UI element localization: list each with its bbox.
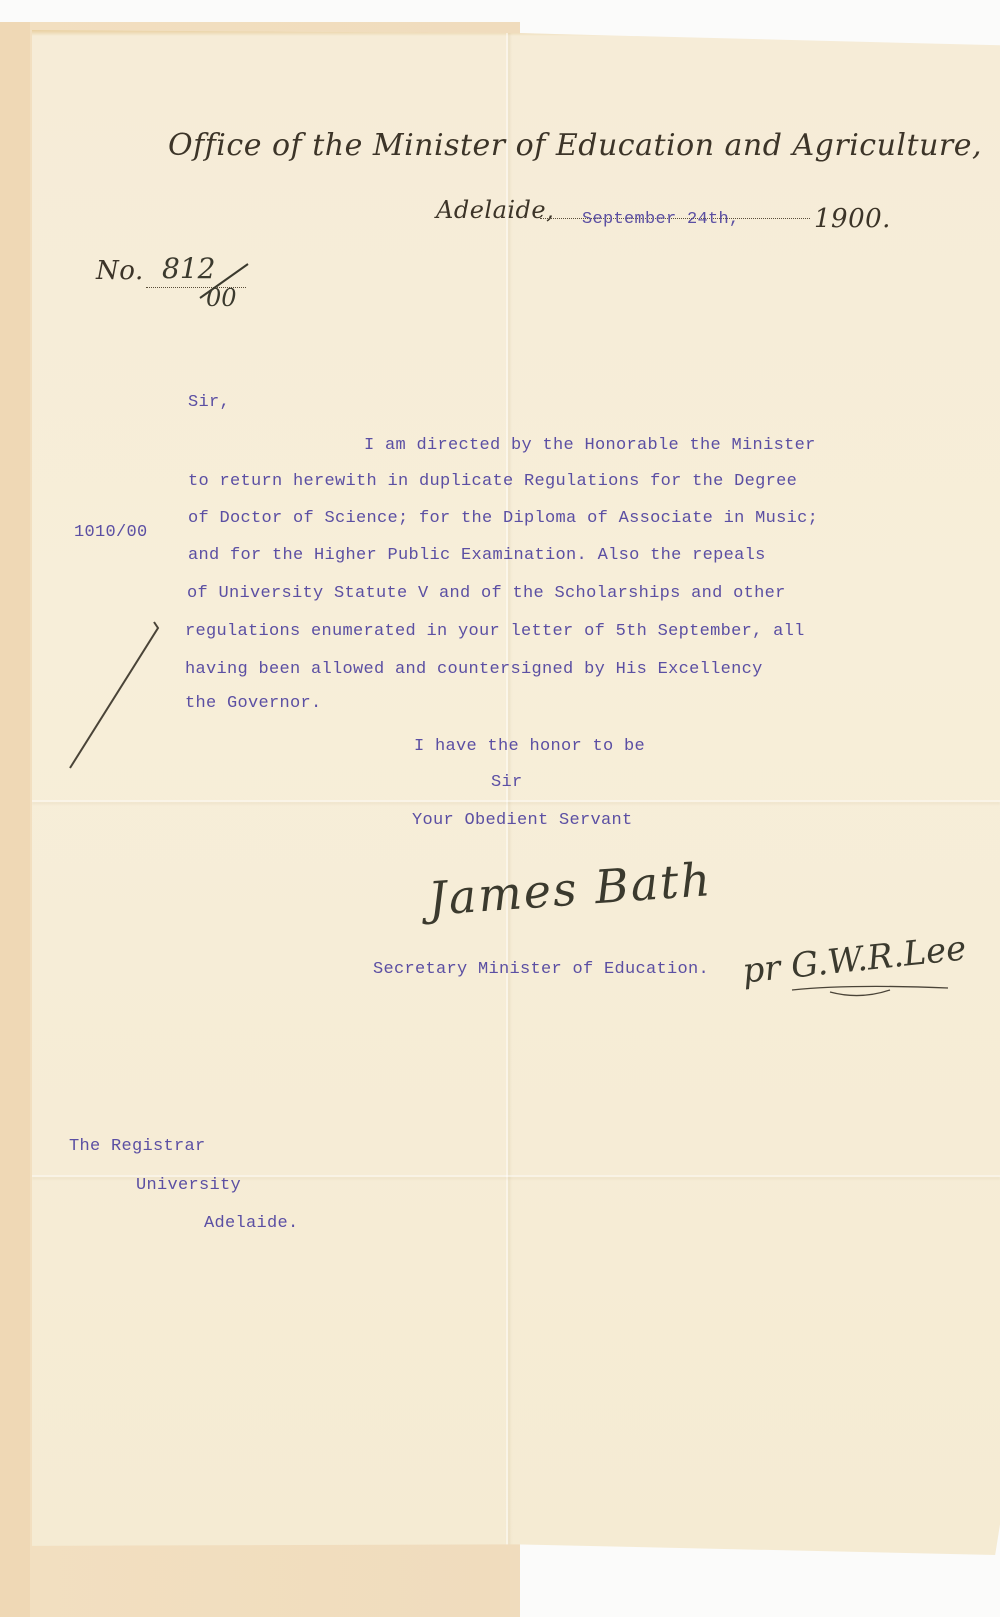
signatory-title: Secretary Minister of Education.	[373, 960, 709, 979]
vertical-fold	[506, 30, 508, 1555]
salutation: Sir,	[188, 393, 230, 412]
closing-line: Your Obedient Servant	[412, 811, 633, 830]
signature-flourish	[790, 982, 950, 1000]
body-line: and for the Higher Public Examination. A…	[188, 546, 766, 565]
addressee-line: Adelaide.	[204, 1214, 299, 1233]
closing-line: Sir	[491, 773, 523, 792]
horizontal-fold	[32, 800, 1000, 802]
body-line: of Doctor of Science; for the Diploma of…	[188, 509, 818, 528]
reference-label: No.	[96, 256, 144, 286]
reference-year: 00	[206, 284, 237, 312]
margin-reference: 1010/00	[74, 523, 148, 542]
body-line: I am directed by the Honorable the Minis…	[364, 436, 816, 455]
body-line: of University Statute V and of the Schol…	[187, 584, 786, 603]
letterhead-place: Adelaide,	[436, 196, 554, 224]
body-line: the Governor.	[185, 694, 322, 713]
letter-date: September 24th,	[582, 210, 740, 229]
pencil-stroke-mark	[68, 620, 168, 770]
body-line: having been allowed and countersigned by…	[185, 660, 763, 679]
body-line: to return herewith in duplicate Regulati…	[188, 472, 797, 491]
addressee-line: The Registrar	[69, 1137, 206, 1156]
closing-line: I have the honor to be	[414, 737, 645, 756]
letter-year: 1900.	[814, 204, 891, 234]
body-line: regulations enumerated in your letter of…	[185, 622, 805, 641]
backing-sheet-edge	[0, 22, 30, 1617]
addressee-line: University	[136, 1176, 241, 1195]
letterhead-office: Office of the Minister of Education and …	[168, 128, 982, 163]
